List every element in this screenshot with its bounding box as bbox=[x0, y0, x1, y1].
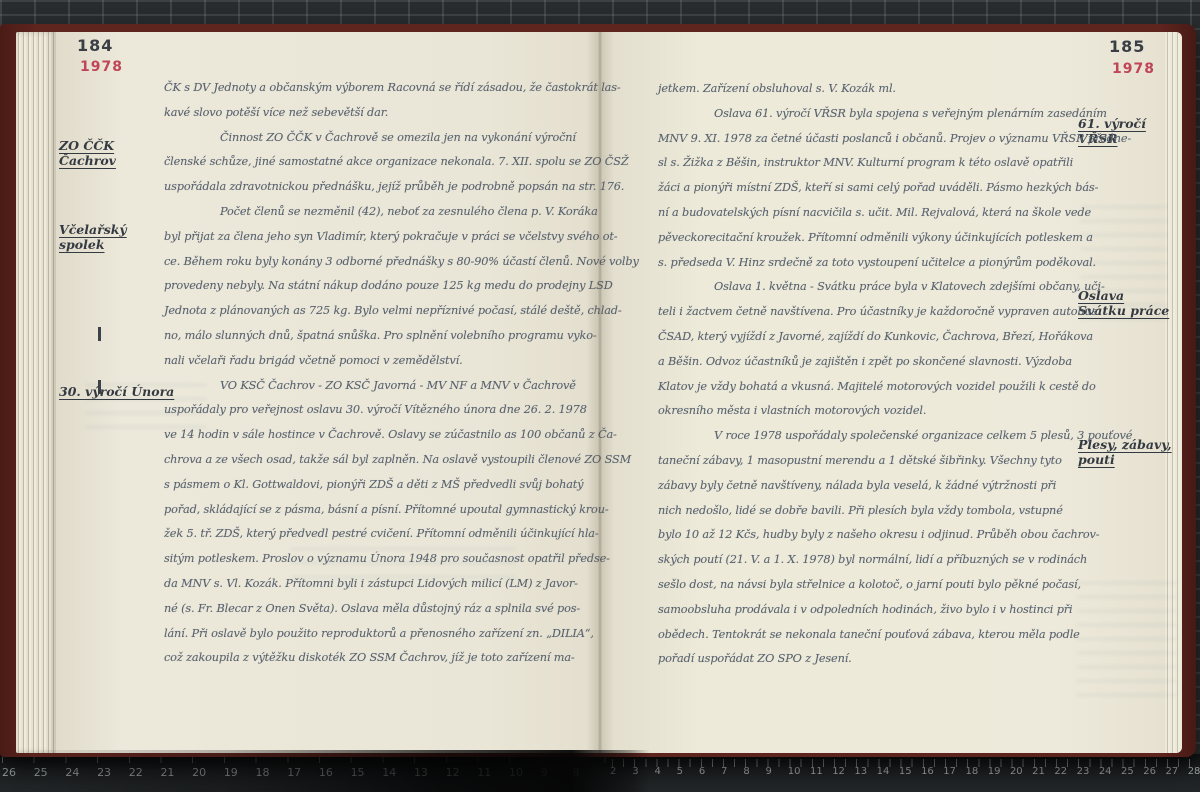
ruler-number: 12 bbox=[832, 766, 854, 777]
handwritten-line: jetkem. Zařízení obsluhoval s. V. Kozák … bbox=[658, 82, 1078, 107]
handwritten-line: pořadí uspořádat ZO SPO z Jesení. bbox=[658, 652, 1078, 677]
ruler-number: 16 bbox=[319, 766, 351, 779]
handwritten-line: chrova a ze všech osad, takže sál byl za… bbox=[164, 453, 602, 478]
page-stack-fore-edge-left bbox=[16, 32, 56, 753]
ruler-number: 20 bbox=[192, 766, 224, 779]
ruler-number: 4 bbox=[654, 766, 676, 777]
ruler-number: 14 bbox=[877, 766, 899, 777]
handwritten-line: ní a budovatelských písní nacvičila s. u… bbox=[658, 206, 1078, 231]
handwritten-line: VO KSČ Čachrov - ZO KSČ Javorná - MV NF … bbox=[164, 379, 602, 404]
right-page: 185 1978 61. výročí VŘSROslava Svátku pr… bbox=[600, 32, 1165, 753]
handwritten-line: MNV 9. XI. 1978 za četné účasti poslanců… bbox=[658, 132, 1078, 157]
handwritten-line: bylo 10 až 12 Kčs, hudby byly z našeho o… bbox=[658, 528, 1078, 553]
handwritten-text-block: jetkem. Zařízení obsluhoval s. V. Kozák … bbox=[658, 82, 1078, 677]
ruler-number: 8 bbox=[743, 766, 765, 777]
open-page-spread: 184 1978 ZO ČČK ČachrovVčelařský spolek3… bbox=[16, 32, 1182, 753]
ruler-number: 19 bbox=[224, 766, 256, 779]
ruler-number: 28 bbox=[1188, 766, 1200, 777]
handwritten-line: obědech. Tentokrát se nekonala taneční p… bbox=[658, 628, 1078, 653]
margin-note: Včelařský spolek bbox=[59, 222, 175, 252]
ruler-number: 23 bbox=[1077, 766, 1099, 777]
handwritten-line: okresního města i vlastních motorových v… bbox=[658, 404, 1078, 429]
handwritten-line: Oslava 1. května - Svátku práce byla v K… bbox=[658, 280, 1078, 305]
ruler-number: 9 bbox=[766, 766, 788, 777]
ruler-number: 22 bbox=[1054, 766, 1076, 777]
ruler-number: 24 bbox=[1099, 766, 1121, 777]
handwritten-line: samoobsluha prodávala i v odpoledních ho… bbox=[658, 603, 1078, 628]
handwritten-line: pořad, skládající se z pásma, básní a pí… bbox=[164, 503, 602, 528]
ruler-number: 15 bbox=[899, 766, 921, 777]
handwritten-line: ve 14 hodin v sále hostince v Čachrově. … bbox=[164, 428, 602, 453]
left-margin-notes: ZO ČČK ČachrovVčelařský spolek30. výročí… bbox=[59, 32, 175, 753]
handwritten-line: pěveckorecitační kroužek. Přítomní odměn… bbox=[658, 231, 1078, 256]
handwritten-line: provedeny nebyly. Na státní nákup dodáno… bbox=[164, 279, 602, 304]
ruler-number: 23 bbox=[97, 766, 129, 779]
left-page: 184 1978 ZO ČČK ČachrovVčelařský spolek3… bbox=[56, 32, 600, 753]
ruler-number: 21 bbox=[1032, 766, 1054, 777]
handwritten-line: s pásmem o Kl. Gottwaldovi, pionýři ZDŠ … bbox=[164, 478, 602, 503]
handwritten-line: ce. Během roku byly konány 3 odborné pře… bbox=[164, 255, 602, 280]
ruler-number: 8 bbox=[572, 766, 604, 779]
margin-note: 30. výročí Února bbox=[59, 384, 175, 399]
ruler-number: 10 bbox=[509, 766, 541, 779]
handwritten-line: ČK s DV Jednoty a občanským výborem Raco… bbox=[164, 81, 602, 106]
handwritten-line: nich nedošlo, lidé se dobře bavili. Při … bbox=[658, 504, 1078, 529]
handwritten-line: členské schůze, jiné samostatné akce org… bbox=[164, 155, 602, 180]
handwritten-line: teli i žactvem četně navštívena. Pro úča… bbox=[658, 305, 1078, 330]
handwritten-line: ských poutí (21. V. a 1. X. 1978) byl no… bbox=[658, 553, 1078, 578]
handwritten-line: zábavy byly četně navštíveny, nálada byl… bbox=[658, 479, 1078, 504]
ruler-number: 11 bbox=[810, 766, 832, 777]
handwritten-line: V roce 1978 uspořádaly společenské organ… bbox=[658, 429, 1078, 454]
handwritten-line: taneční zábavy, 1 masopustní merendu a 1… bbox=[658, 454, 1078, 479]
handwritten-line: sitým potleskem. Proslov o významu Února… bbox=[164, 552, 602, 577]
handwritten-line: no, málo slunných dnů, špatná snůška. Pr… bbox=[164, 329, 602, 354]
ruler-number: 7 bbox=[721, 766, 743, 777]
handwritten-line: né (s. Fr. Blecar z Onen Světa). Oslava … bbox=[164, 602, 602, 627]
handwritten-line: s. předseda V. Hinz srdečně za toto vyst… bbox=[658, 256, 1078, 281]
handwritten-line: Klatov je vždy bohatá a vkusná. Majitelé… bbox=[658, 380, 1078, 405]
ruler-number: 13 bbox=[854, 766, 876, 777]
ruler-number: 15 bbox=[351, 766, 383, 779]
handwritten-line: sešlo dost, na návsi byla střelnice a ko… bbox=[658, 578, 1078, 603]
ruler-number: 22 bbox=[129, 766, 161, 779]
ruler-number: 11 bbox=[477, 766, 509, 779]
handwritten-line: byl přijat za člena jeho syn Vladimír, k… bbox=[164, 230, 602, 255]
margin-note: ZO ČČK Čachrov bbox=[59, 138, 175, 168]
handwritten-line: ČSAD, který vyjíždí z Javorné, zajíždí d… bbox=[658, 330, 1078, 355]
handwritten-line: uspořádala zdravotnickou přednášku, její… bbox=[164, 180, 602, 205]
ruler-number: 6 bbox=[699, 766, 721, 777]
ruler-number: 20 bbox=[1010, 766, 1032, 777]
ruler-number: 26 bbox=[2, 766, 34, 779]
ruler-ticks-left bbox=[2, 757, 608, 763]
ruler-number: 13 bbox=[414, 766, 446, 779]
handwritten-line: žek 5. tř. ZDŠ, který předvedl pestré cv… bbox=[164, 527, 602, 552]
handwritten-line: Činnost ZO ČČK v Čachrově se omezila jen… bbox=[164, 131, 602, 156]
ruler-number: 18 bbox=[966, 766, 988, 777]
ruler-number: 10 bbox=[788, 766, 810, 777]
ruler-number: 2 bbox=[610, 766, 632, 777]
ruler-number: 19 bbox=[988, 766, 1010, 777]
ruler-number: 14 bbox=[382, 766, 414, 779]
ruler-number: 18 bbox=[256, 766, 288, 779]
handwritten-line: Počet členů se nezměnil (42), neboť za z… bbox=[164, 205, 602, 230]
ruler-number: 9 bbox=[541, 766, 573, 779]
handwritten-line: Jednota z plánovaných as 725 kg. Bylo ve… bbox=[164, 304, 602, 329]
handwritten-line: sl s. Žižka z Běšin, instruktor MNV. Kul… bbox=[658, 156, 1078, 181]
ruler-number: 5 bbox=[677, 766, 699, 777]
handwritten-line: nali včelaři řadu brigád včetně pomoci v… bbox=[164, 354, 602, 379]
handwritten-line: Oslava 61. výročí VŘSR byla spojena s ve… bbox=[658, 107, 1078, 132]
scanned-chronicle-photo: { "left_page": { "page_number": "184", "… bbox=[0, 0, 1200, 792]
ruler-number: 3 bbox=[632, 766, 654, 777]
ruler-number: 21 bbox=[160, 766, 192, 779]
ruler-left-numbers: 262524232221201918171615141312111098 bbox=[2, 766, 604, 779]
ruler-number: 26 bbox=[1143, 766, 1165, 777]
ruler-number: 24 bbox=[65, 766, 97, 779]
chronicle-book: 184 1978 ZO ČČK ČachrovVčelařský spolek3… bbox=[0, 24, 1196, 757]
ruler-number: 12 bbox=[446, 766, 478, 779]
handwritten-line: žáci a pionýři místní ZDŠ, kteří si sami… bbox=[658, 181, 1078, 206]
ruler-number: 17 bbox=[943, 766, 965, 777]
ruler-number: 17 bbox=[287, 766, 319, 779]
ruler-number: 27 bbox=[1165, 766, 1187, 777]
handwritten-line: kavé slovo potěší více než sebevětší dar… bbox=[164, 106, 602, 131]
handwritten-line: lání. Při oslavě bylo použito reprodukto… bbox=[164, 627, 602, 652]
handwritten-line: da MNV s. Vl. Kozák. Přítomni byli i zás… bbox=[164, 577, 602, 602]
ruler-number: 25 bbox=[34, 766, 66, 779]
ruler-number: 16 bbox=[921, 766, 943, 777]
handwritten-text-block: ČK s DV Jednoty a občanským výborem Raco… bbox=[164, 81, 602, 676]
handwritten-line: a Běšin. Odvoz účastníků je zajištěn i z… bbox=[658, 355, 1078, 380]
ruler-right-numbers: 2345678910111213141516171819202122232425… bbox=[610, 766, 1200, 777]
ruler-number: 25 bbox=[1121, 766, 1143, 777]
handwritten-line: uspořádaly pro veřejnost oslavu 30. výro… bbox=[164, 403, 602, 428]
handwritten-line: což zakoupila z výtěžku diskoték ZO SSM … bbox=[164, 651, 602, 676]
bottom-ruler: 262524232221201918171615141312111098 234… bbox=[0, 754, 1200, 792]
